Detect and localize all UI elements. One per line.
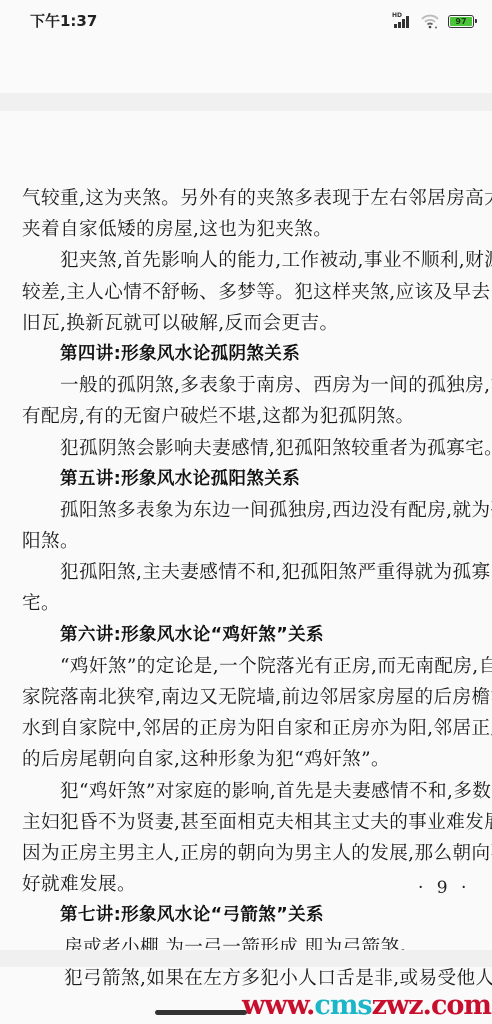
- book-page[interactable]: 气较重,这为夹煞。另外有的夹煞多表现于左右邻居房高大, 夹着自家低矮的房屋,这也…: [0, 111, 492, 950]
- text-line: 水到自家院中,邻居的正房为阳自家和正房亦为阳,邻居正房: [22, 713, 472, 744]
- text-line: 家院落南北狭窄,南边又无院墙,前边邻居家房屋的后房檐滴: [22, 682, 472, 713]
- watermark-suffix: zwz.com: [372, 990, 491, 1021]
- text-line: 旧瓦,换新瓦就可以破解,反而会更吉。: [22, 308, 472, 339]
- text-line: 好就难发展。: [22, 869, 472, 900]
- text-line: 宅。: [22, 588, 472, 619]
- page-text: 气较重,这为夹煞。另外有的夹煞多表现于左右邻居房高大, 夹着自家低矮的房屋,这也…: [22, 183, 472, 994]
- section-heading: 第七讲:形象风水论“弓箭煞”关系: [22, 900, 472, 931]
- text-line: 气较重,这为夹煞。另外有的夹煞多表现于左右邻居房高大,: [22, 183, 472, 214]
- watermark: www.cmszwz.com: [242, 990, 491, 1021]
- text-line: 阳煞。: [22, 526, 472, 557]
- status-bar: 下午1:37 HD 97: [0, 0, 492, 42]
- wifi-icon: [421, 13, 439, 29]
- text-line: 有配房,有的无窗户破烂不堪,这都为犯孤阴煞。: [22, 401, 472, 432]
- page-separator-top: [0, 93, 492, 111]
- section-heading: 第五讲:形象风水论孤阳煞关系: [22, 464, 472, 495]
- text-line: 主妇犯昏不为贤妻,甚至面相克夫相其主丈夫的事业难发展。: [22, 807, 472, 838]
- text-line: 一般的孤阴煞,多表象于南房、西房为一间的孤独房,没: [22, 370, 472, 401]
- text-line: 的后房尾朝向自家,这种形象为犯“鸡奸煞”。: [22, 744, 472, 775]
- battery-level: 97: [455, 17, 466, 26]
- section-heading: 第六讲:形象风水论“鸡奸煞”关系: [22, 620, 472, 651]
- battery-icon: 97: [448, 15, 474, 28]
- watermark-prefix: www.: [242, 990, 314, 1021]
- text-line: 犯孤阳煞,主夫妻感情不和,犯孤阳煞严重得就为孤寡: [22, 557, 472, 588]
- page-separator-bottom: [0, 950, 492, 967]
- status-icons: HD 97: [392, 12, 474, 30]
- home-indicator[interactable]: [155, 1010, 247, 1015]
- status-time: 下午1:37: [30, 10, 97, 31]
- cellular-signal-icon: HD: [392, 13, 412, 29]
- text-line: 夹着自家低矮的房屋,这也为犯夹煞。: [22, 214, 472, 245]
- text-line: 犯“鸡奸煞”对家庭的影响,首先是夫妻感情不和,多数女: [22, 776, 472, 807]
- text-line: “鸡奸煞”的定论是,一个院落光有正房,而无南配房,自: [22, 651, 472, 682]
- text-line: 犯夹煞,首先影响人的能力,工作被动,事业不顺利,财源: [22, 245, 472, 276]
- section-heading: 第四讲:形象风水论孤阴煞关系: [22, 339, 472, 370]
- text-line: 较差,主人心情不舒畅、多梦等。犯这样夹煞,应该及早去除: [22, 277, 472, 308]
- text-line: 犯孤阴煞会影响夫妻感情,犯孤阳煞较重者为孤寡宅。: [22, 433, 472, 464]
- page-number: · 9 ·: [418, 878, 470, 898]
- text-line: 因为正房主男主人,正房的朝向为男主人的发展,那么朝向不: [22, 838, 472, 869]
- text-line: 孤阳煞多表象为东边一间孤独房,西边没有配房,就为孤: [22, 495, 472, 526]
- watermark-middle: cms: [314, 990, 371, 1021]
